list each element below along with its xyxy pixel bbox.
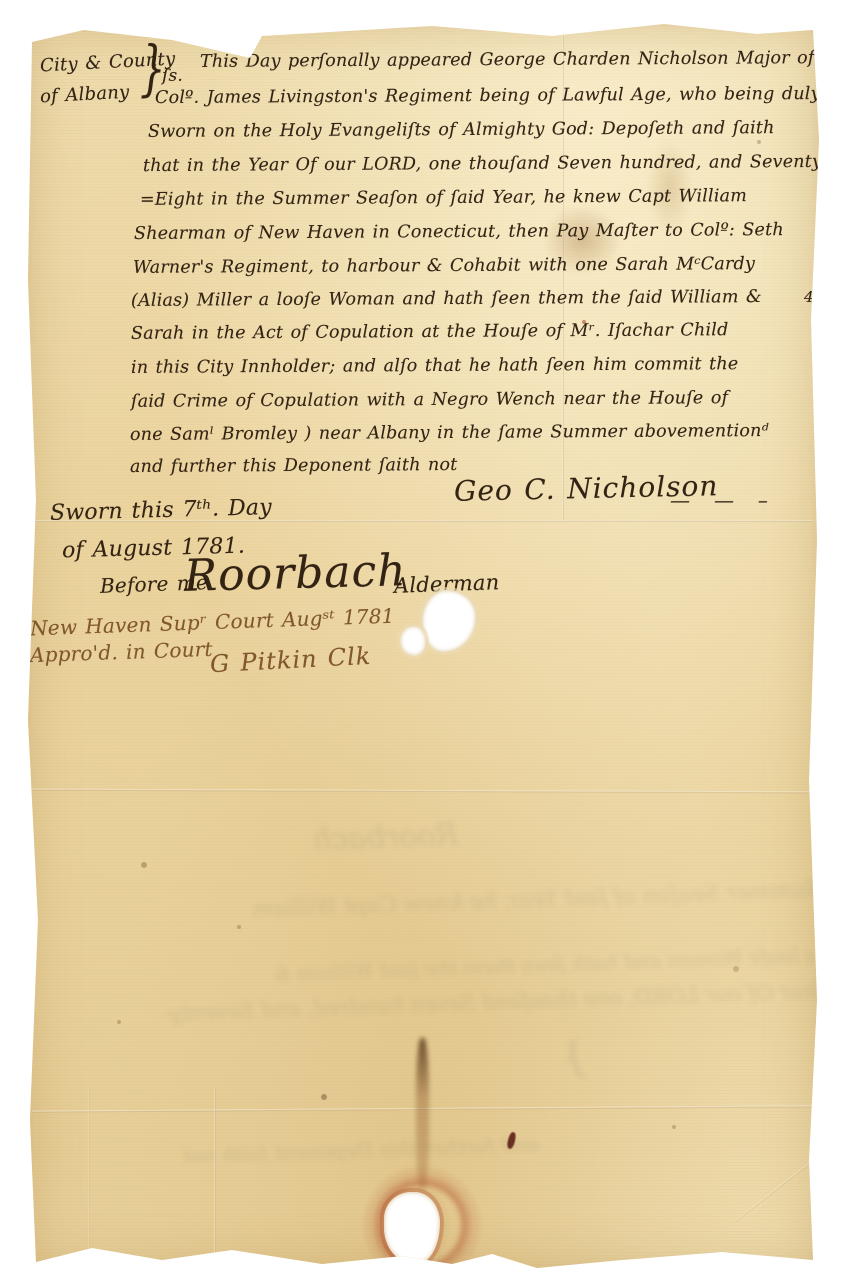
fold-crease-vertical-1 [562, 34, 564, 520]
aged-paper-sheet: Roorbach =Eight in the Summer Seaſon of … [22, 20, 822, 1274]
body-line: ſaid Crime of Copulation with a Negro We… [131, 388, 728, 412]
fold-crease-vertical-2 [214, 1088, 216, 1258]
body-line: that in the Year Of our LORD, one thouſa… [143, 152, 828, 176]
alderman-signature: Roorbach [183, 545, 407, 602]
scanned-document-page: { "paper": { "base_color": "#eedcae", "i… [0, 0, 844, 1288]
body-line: Shearman of New Haven in Conecticut, the… [134, 220, 784, 244]
body-line: Sworn on the Holy Evangeliſts of Almight… [148, 118, 775, 142]
body-line: This Day perſonally appeared George Char… [200, 48, 815, 72]
paper-hole [400, 626, 426, 656]
bleedthrough-writing: Roorbach [311, 817, 458, 857]
body-line: Sarah in the Act of Copulation at the Ho… [131, 320, 729, 344]
body-line: Colº. James Livingston's Regiment being … [155, 84, 821, 108]
bleedthrough-writing: } [561, 1035, 588, 1082]
body-line: and further this Deponent ſaith not [130, 455, 458, 477]
body-line: Warner's Regiment, to harbour & Cohabit … [133, 254, 755, 278]
body-line: (Alias) Miller a looſe Woman and hath ſe… [131, 287, 762, 311]
signature-flourish-dashes: — — – [670, 488, 776, 512]
body-line: =Eight in the Summer Seaſon of ſaid Year… [140, 186, 747, 210]
fold-crease-vertical-3 [88, 1086, 90, 1258]
body-line: in this City Innholder; and alſo that he… [131, 354, 739, 378]
margin-mark: 4 [804, 288, 814, 306]
age-speckles [22, 20, 26, 24]
paper-hole [384, 1192, 440, 1264]
body-line: one Samˡ Bromley ) near Albany in the ſa… [130, 421, 769, 445]
heading-ss-label: ſs. [162, 66, 183, 86]
